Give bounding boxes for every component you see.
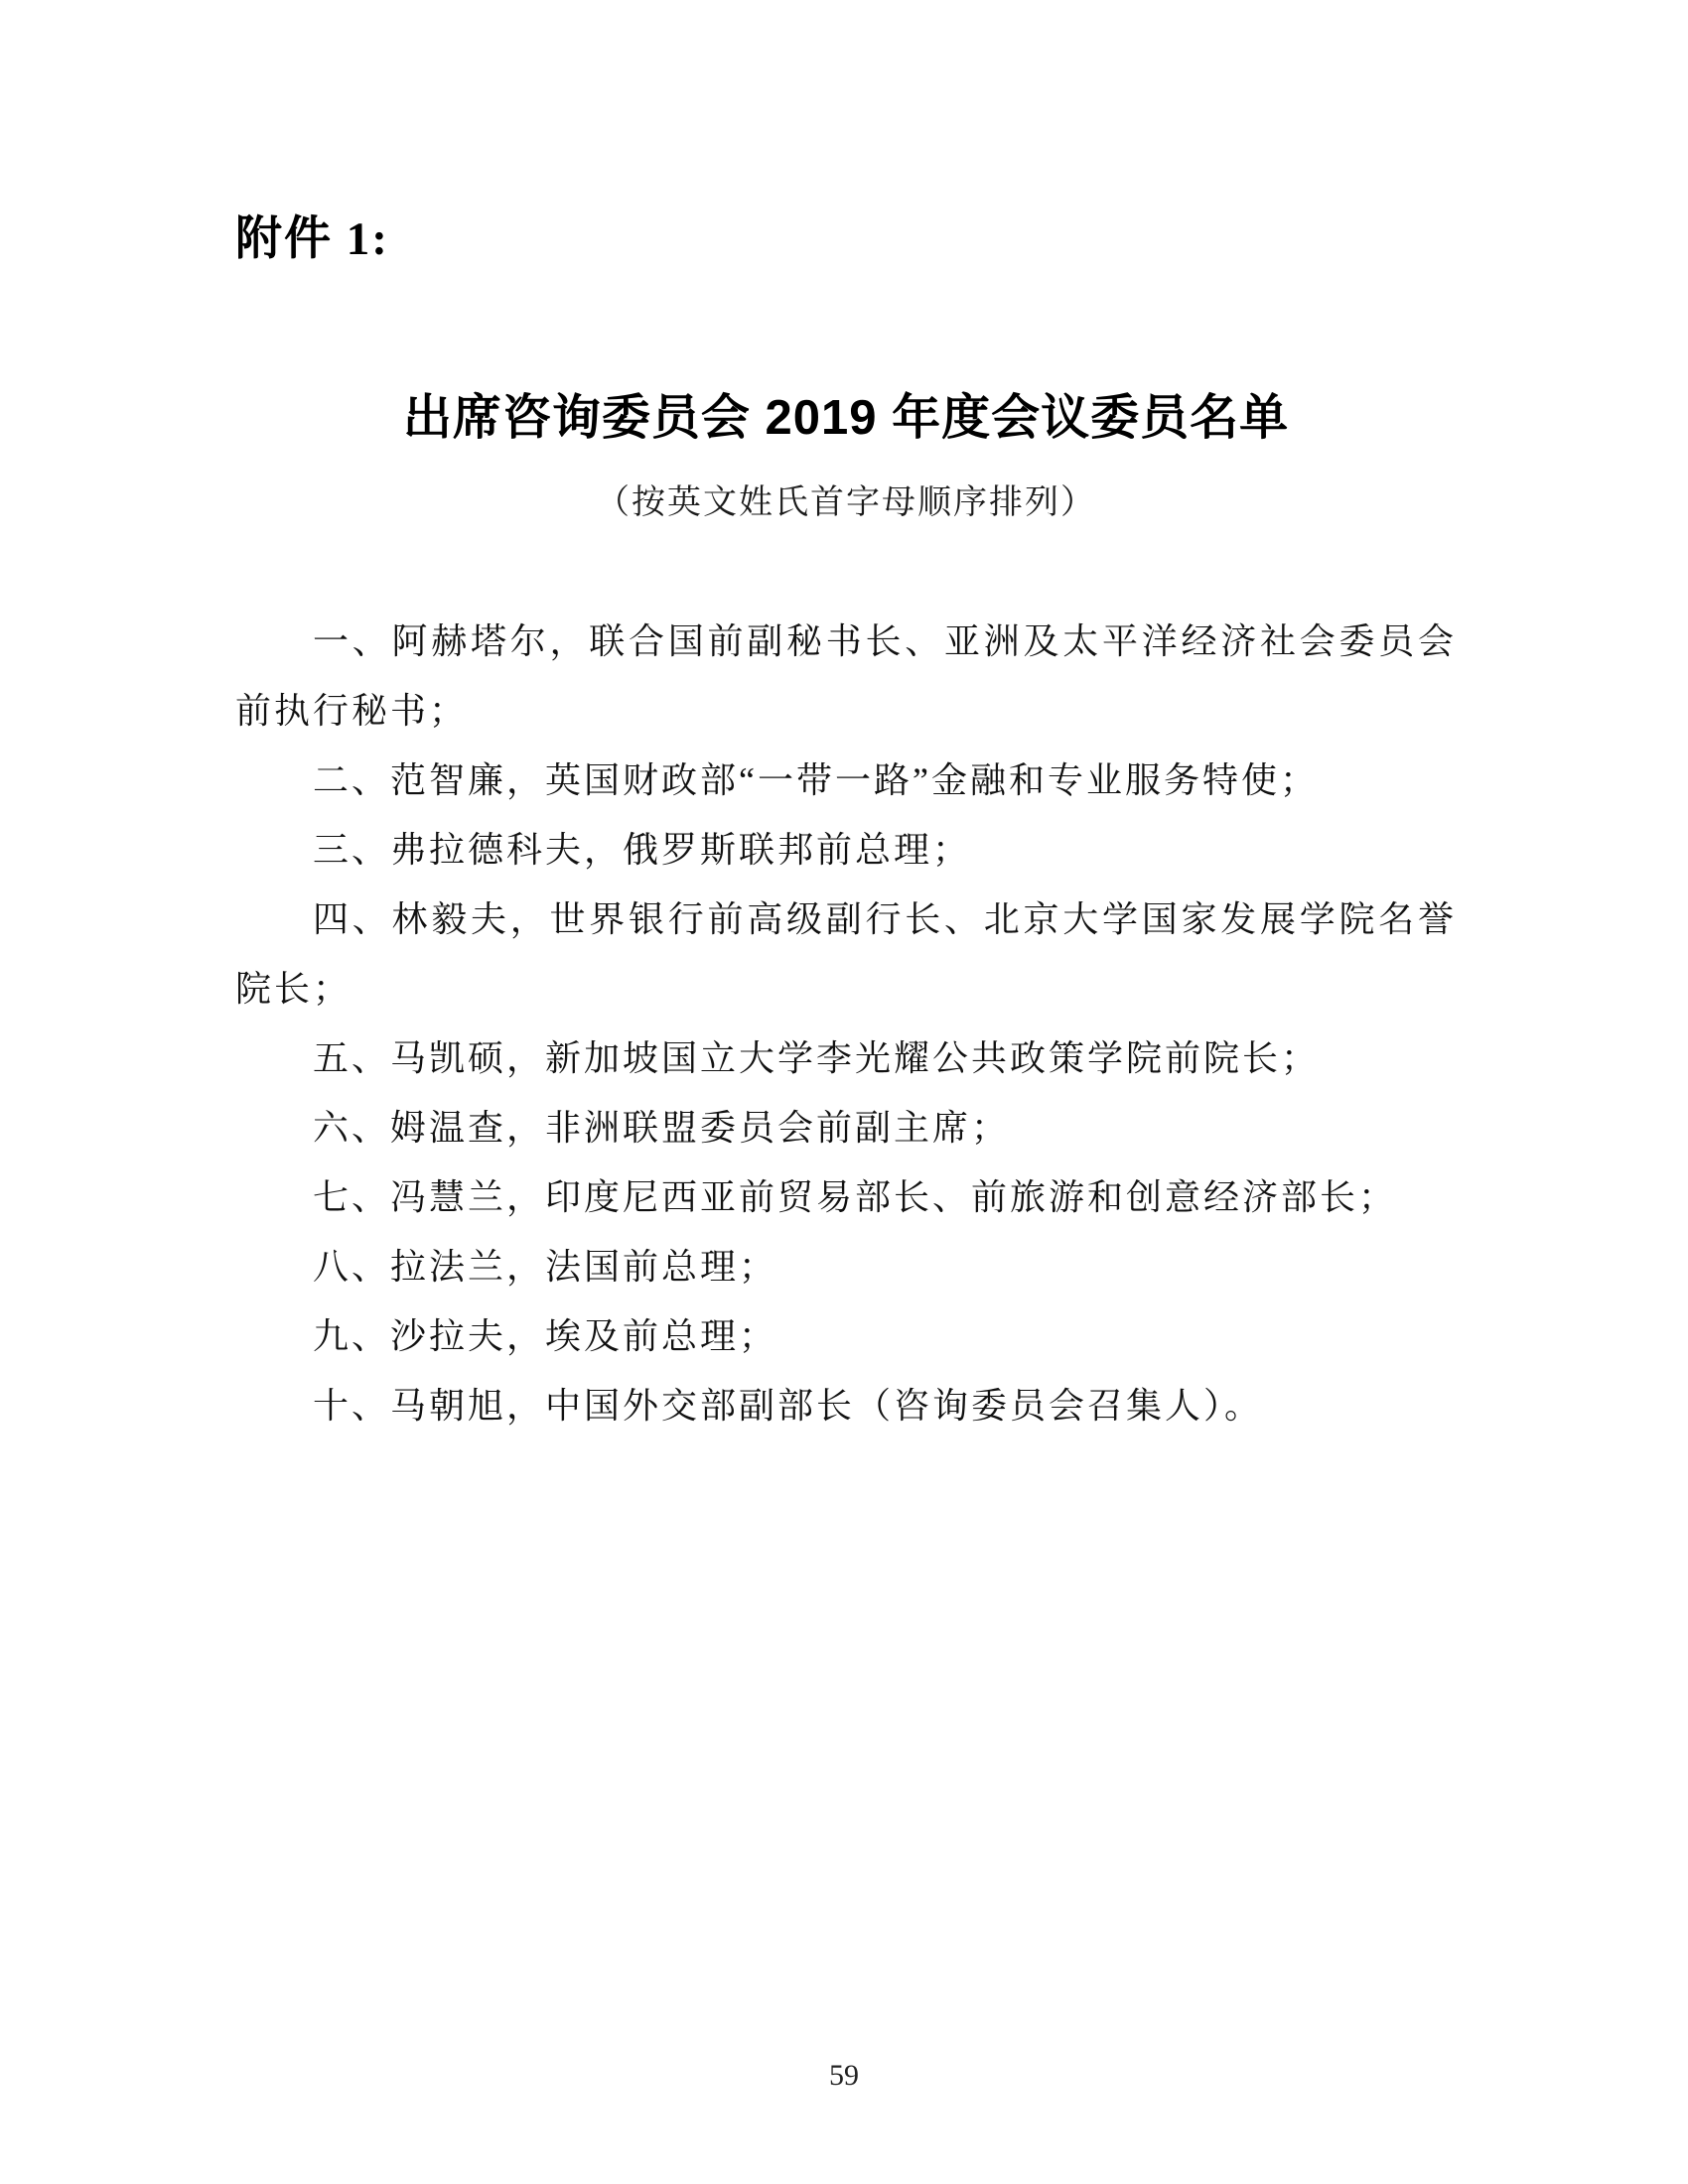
document-content: 附件 1: 出席咨询委员会 2019 年度会议委员名单 （按英文姓氏首字母顺序排…	[0, 0, 1688, 1440]
attachment-label: 附件 1:	[235, 202, 1457, 268]
member-item: 一、阿赫塔尔，联合国前副秘书长、亚洲及太平洋经济社会委员会前执行秘书；	[235, 607, 1457, 746]
member-item: 七、冯慧兰，印度尼西亚前贸易部长、前旅游和创意经济部长；	[235, 1162, 1457, 1232]
member-item: 五、马凯硕，新加坡国立大学李光耀公共政策学院前院长；	[235, 1024, 1457, 1093]
document-page: 附件 1: 出席咨询委员会 2019 年度会议委员名单 （按英文姓氏首字母顺序排…	[0, 0, 1688, 2184]
member-item: 六、姆温查，非洲联盟委员会前副主席；	[235, 1093, 1457, 1162]
document-title: 出席咨询委员会 2019 年度会议委员名单	[235, 379, 1457, 449]
page-number: 59	[0, 2059, 1688, 2093]
document-subtitle: （按英文姓氏首字母顺序排列）	[235, 475, 1457, 523]
member-list: 一、阿赫塔尔，联合国前副秘书长、亚洲及太平洋经济社会委员会前执行秘书； 二、范智…	[235, 607, 1457, 1440]
member-item: 八、拉法兰，法国前总理；	[235, 1232, 1457, 1301]
member-item: 九、沙拉夫，埃及前总理；	[235, 1301, 1457, 1371]
member-item: 十、马朝旭，中国外交部副部长（咨询委员会召集人）。	[235, 1371, 1457, 1440]
member-item: 四、林毅夫，世界银行前高级副行长、北京大学国家发展学院名誉院长；	[235, 885, 1457, 1024]
member-item: 三、弗拉德科夫，俄罗斯联邦前总理；	[235, 815, 1457, 885]
member-item: 二、范智廉，英国财政部“一带一路”金融和专业服务特使；	[235, 746, 1457, 815]
